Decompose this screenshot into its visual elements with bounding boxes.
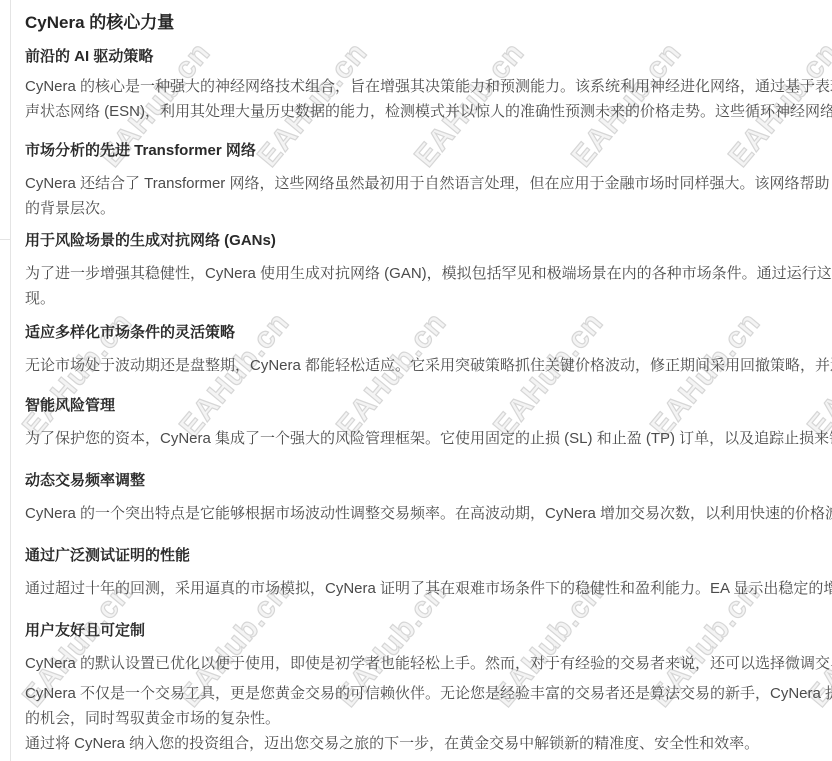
section-heading: 动态交易频率调整 bbox=[25, 471, 832, 491]
paragraph-line: 为了进一步增强其稳健性，CyNera 使用生成对抗网络 (GAN)，模拟包括罕见… bbox=[25, 261, 832, 286]
paragraph-line: CyNera 的核心是一种强大的神经网络技术组合，旨在增强其决策能力和预测能力。… bbox=[25, 74, 832, 99]
section-heading: 前沿的 AI 驱动策略 bbox=[25, 47, 832, 67]
paragraph-line: 通过将 CyNera 纳入您的投资组合，迈出您交易之旅的下一步，在黄金交易中解锁… bbox=[25, 731, 832, 756]
paragraph-line: CyNera 的默认设置已优化以便于使用，即使是初学者也能轻松上手。然而，对于有… bbox=[25, 651, 832, 676]
paragraph-line: 无论市场处于波动期还是盘整期，CyNera 都能轻松适应。它采用突破策略抓住关键… bbox=[25, 353, 832, 378]
section-heading: 用于风险场景的生成对抗网络 (GANs) bbox=[25, 231, 832, 251]
section-heading: 适应多样化市场条件的灵活策略 bbox=[25, 323, 832, 343]
section-heading: 通过广泛测试证明的性能 bbox=[25, 546, 832, 566]
paragraph-line: 通过超过十年的回测，采用逼真的市场模拟，CyNera 证明了其在艰难市场条件下的… bbox=[25, 576, 832, 601]
paragraph-line: CyNera 还结合了 Transformer 网络，这些网络虽然最初用于自然语… bbox=[25, 171, 832, 196]
section-heading: 用户友好且可定制 bbox=[25, 621, 832, 641]
paragraph-line: 的机会，同时驾驭黄金市场的复杂性。 bbox=[25, 706, 832, 731]
section-heading: 市场分析的先进 Transformer 网络 bbox=[25, 141, 832, 161]
paragraph-line: CyNera 的一个突出特点是它能够根据市场波动性调整交易频率。在高波动期，Cy… bbox=[25, 501, 832, 526]
article: CyNera 的核心力量 前沿的 AI 驱动策略 CyNera 的核心是一种强大… bbox=[25, 0, 832, 756]
left-border-line bbox=[10, 0, 11, 761]
paragraph-line: 现。 bbox=[25, 286, 832, 311]
paragraph-line: CyNera 不仅是一个交易工具，更是您黄金交易的可信赖伙伴。无论您是经验丰富的… bbox=[25, 681, 832, 706]
paragraph-line: 的背景层次。 bbox=[25, 196, 832, 221]
paragraph-line: 为了保护您的资本，CyNera 集成了一个强大的风险管理框架。它使用固定的止损 … bbox=[25, 426, 832, 451]
page-title: CyNera 的核心力量 bbox=[25, 11, 832, 35]
left-tick-line bbox=[0, 239, 10, 240]
section-heading: 智能风险管理 bbox=[25, 396, 832, 416]
paragraph-line: 声状态网络 (ESN)，利用其处理大量历史数据的能力，检测模式并以惊人的准确性预… bbox=[25, 99, 832, 124]
